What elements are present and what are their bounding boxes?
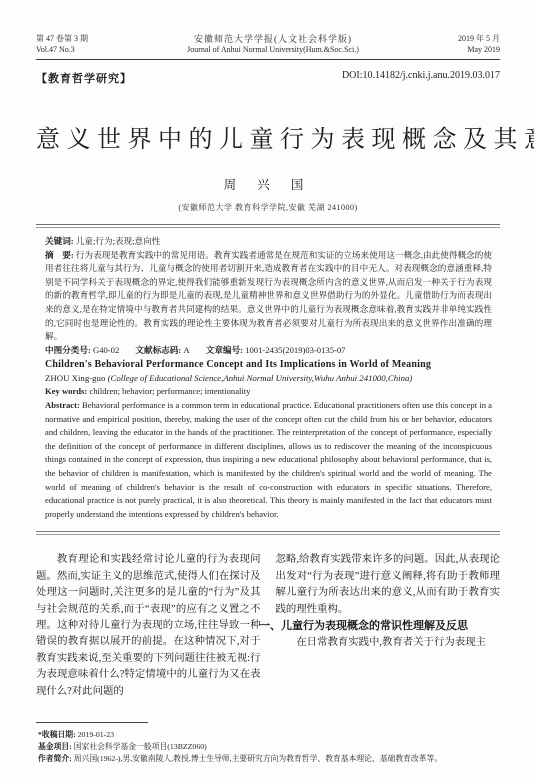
- doc-code-label: 文献标志码:: [135, 345, 181, 355]
- author-name: 周 兴 国: [36, 175, 500, 193]
- english-title: Children's Behavioral Performance Concep…: [45, 357, 492, 372]
- issue-date-en: May 2019: [458, 45, 500, 56]
- article-no-value: 1001-2435(2019)03-0135-07: [245, 345, 345, 355]
- volume-issue-cn: 第 47 卷第 3 期: [36, 34, 88, 45]
- footnote-fund: 基金项目: 国家社会科学基金一般项目(13BZZ060): [36, 741, 500, 753]
- received-date-value: 2019-01-23: [78, 730, 114, 739]
- article-body: 教育理论和实践经常讨论儿童的行为表现问题。然而,实证主义的思维范式,使得人们在探…: [36, 552, 500, 700]
- volume-issue-en: Vol.47 No.3: [36, 45, 88, 56]
- header-issue-info: 第 47 卷第 3 期 Vol.47 No.3: [36, 34, 88, 55]
- author-bio-value: 周兴国(1962-),男,安徽南陵人,教授,博士生导师,主要研究方向为教育哲学、…: [74, 754, 442, 763]
- issue-date-cn: 2019 年 5 月: [458, 34, 500, 45]
- doc-code-value: A: [183, 345, 189, 355]
- doi-text: DOI:10.14182/j.cnki.j.anu.2019.03.017: [342, 70, 500, 86]
- keywords-label: 关键词:: [45, 236, 74, 246]
- keywords-line: 关键词: 儿童;行为;表现;意向性: [45, 235, 492, 249]
- article-no-segment: 文章编号: 1001-2435(2019)03-0135-07: [206, 345, 346, 355]
- header-date-info: 2019 年 5 月 May 2019: [458, 34, 500, 55]
- footnote-bio: 作者简介: 周兴国(1962-),男,安徽南陵人,教授,博士生导师,主要研究方向…: [36, 753, 500, 765]
- footnote-area: *收稿日期: 2019-01-23 基金项目: 国家社会科学基金一般项目(13B…: [36, 722, 500, 765]
- english-keywords-text: children; behavior; performance; intenti…: [89, 386, 250, 396]
- english-keywords-line: Key words: children; behavior; performan…: [45, 385, 492, 399]
- body-paragraph-left: 教育理论和实践经常讨论儿童的行为表现问题。然而,实证主义的思维范式,使得人们在探…: [36, 552, 261, 700]
- abstract-cn: 摘 要: 行为表现是教育实践中的常见用语。教育实践者通常是在规范和实证的立场来使…: [45, 249, 492, 344]
- journal-name-en: Journal of Anhui Normal University(Hum.&…: [88, 45, 458, 56]
- body-left-column: 教育理论和实践经常讨论儿童的行为表现问题。然而,实证主义的思维范式,使得人们在探…: [36, 552, 261, 700]
- english-author: ZHOU Xing-guo: [45, 373, 105, 383]
- abstract-label-en: Abstract:: [45, 400, 80, 410]
- clc-value: G40-02: [93, 345, 119, 355]
- body-right-column: 忽略,给教育实践带来许多的问题。因此,从表现论出发对“行为表现”进行意义阐释,将…: [276, 552, 501, 700]
- author-bio-label: 作者简介:: [38, 754, 72, 763]
- journal-header: 第 47 卷第 3 期 Vol.47 No.3 安徽师范大学学报(人文社会科学版…: [36, 34, 500, 60]
- footnote-received: *收稿日期: 2019-01-23: [36, 729, 500, 741]
- fund-project-label: 基金项目:: [38, 742, 72, 751]
- article-title-text: 意义世界中的儿童行为表现概念及其意涵: [36, 127, 534, 153]
- journal-name-cn: 安徽师范大学学报(人文社会科学版): [88, 34, 458, 45]
- category-row: 【教育哲学研究】 DOI:10.14182/j.cnki.j.anu.2019.…: [36, 70, 500, 86]
- journal-name: 安徽师范大学学报(人文社会科学版) Journal of Anhui Norma…: [88, 34, 458, 55]
- abstract-bottom-rule: [36, 531, 500, 535]
- classification-line: 中图分类号: G40-02 文献标志码: A 文章编号: 1001-2435(2…: [45, 344, 492, 358]
- section-heading: 一、儿童行为表现概念的常识性理解及反思: [276, 618, 501, 635]
- english-author-line: ZHOU Xing-guo (College of Educational Sc…: [45, 372, 492, 385]
- footnote-separator: [36, 722, 148, 723]
- abstract-text-cn: 行为表现是教育实践中的常见用语。教育实践者通常是在规范和实证的立场来使用这一概念…: [45, 250, 492, 342]
- abstract-text-en: Behavioral performance is a common term …: [45, 400, 492, 519]
- fund-project-value: 国家社会科学基金一般项目(13BZZ060): [74, 742, 207, 751]
- abstract-en: Abstract: Behavioral performance is a co…: [45, 399, 492, 521]
- doc-code-segment: 文献标志码: A: [135, 345, 189, 355]
- english-affiliation: (College of Educational Science,Anhui No…: [108, 373, 413, 383]
- body-paragraph-right-1: 忽略,给教育实践带来许多的问题。因此,从表现论出发对“行为表现”进行意义阐释,将…: [276, 552, 501, 618]
- article-title: 意义世界中的儿童行为表现概念及其意涵*: [36, 119, 500, 154]
- abstract-label-cn: 摘 要:: [45, 250, 74, 260]
- english-keywords-label: Key words:: [45, 386, 87, 396]
- paper-page: 第 47 卷第 3 期 Vol.47 No.3 安徽师范大学学报(人文社会科学版…: [0, 0, 534, 779]
- abstract-block: 关键词: 儿童;行为;表现;意向性 摘 要: 行为表现是教育实践中的常见用语。教…: [36, 228, 500, 525]
- clc-label: 中图分类号:: [45, 345, 91, 355]
- received-date-label: *收稿日期:: [38, 730, 76, 739]
- clc-segment: 中图分类号: G40-02: [45, 345, 119, 355]
- category-label: 【教育哲学研究】: [36, 70, 132, 86]
- article-no-label: 文章编号:: [206, 345, 243, 355]
- body-paragraph-right-2: 在日常教育实践中,教育者关于行为表现主: [276, 635, 501, 651]
- author-affiliation: (安徽师范大学 教育科学学院,安徽 芜湖 241000): [36, 202, 500, 213]
- keywords-text: 儿童;行为;表现;意向性: [76, 236, 161, 246]
